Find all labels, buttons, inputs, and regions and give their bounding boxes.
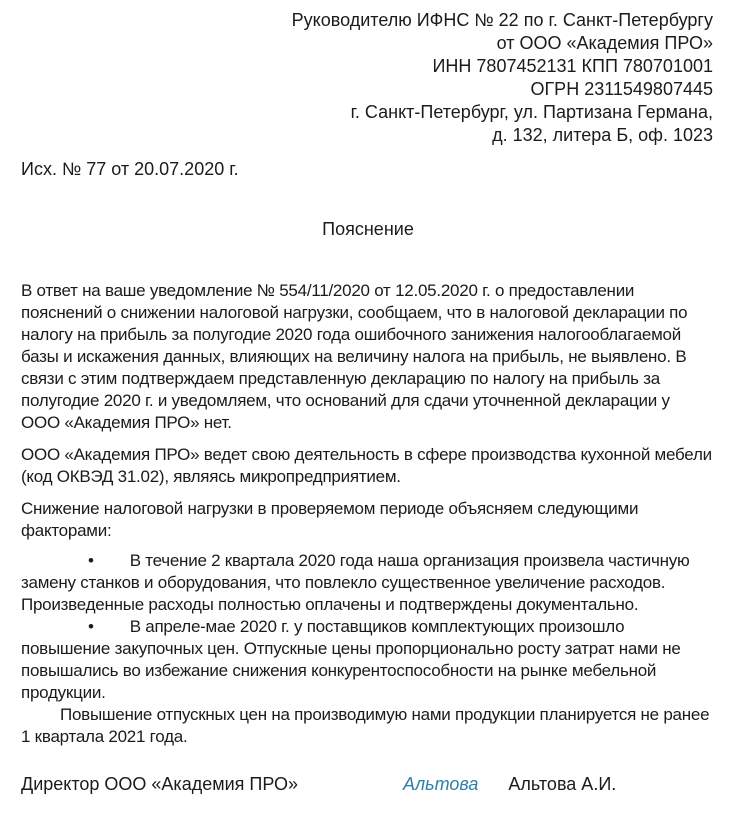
bullet-text: В апреле-мае 2020 г. у поставщиков компл…: [21, 617, 681, 702]
bullet-item-2: •В апреле-мае 2020 г. у поставщиков комп…: [21, 616, 712, 704]
document-title: Пояснение: [0, 218, 736, 241]
document-body: В ответ на ваше уведомление № 554/11/202…: [21, 280, 712, 748]
document-page: Руководителю ИФНС № 22 по г. Санкт-Петер…: [0, 0, 736, 827]
address-line-2: д. 132, литера Б, оф. 1023: [0, 124, 713, 147]
outgoing-ref: Исх. № 77 от 20.07.2020 г.: [21, 158, 736, 181]
address-line-1: г. Санкт-Петербург, ул. Партизана Герман…: [0, 101, 713, 124]
sender-line: от ООО «Академия ПРО»: [0, 32, 713, 55]
inn-kpp-line: ИНН 7807452131 КПП 780701001: [0, 55, 713, 78]
paragraph-activity: ООО «Академия ПРО» ведет свою деятельнос…: [21, 444, 712, 488]
bullet-icon: •: [88, 551, 94, 570]
signature-position: Директор ООО «Академия ПРО»: [21, 773, 298, 796]
signatory-name: Альтова А.И.: [508, 773, 616, 796]
signature-row: Директор ООО «Академия ПРО» Альтова Альт…: [21, 773, 712, 796]
paragraph-intro: В ответ на ваше уведомление № 554/11/202…: [21, 280, 712, 434]
bullet-text: В течение 2 квартала 2020 года наша орга…: [21, 551, 690, 614]
paragraph-factors: Снижение налоговой нагрузки в проверяемо…: [21, 498, 712, 542]
bullet-item-1: •В течение 2 квартала 2020 года наша орг…: [21, 550, 712, 616]
recipient-line: Руководителю ИФНС № 22 по г. Санкт-Петер…: [0, 9, 713, 32]
bullet-icon: •: [88, 617, 94, 636]
ogrn-line: ОГРН 2311549807445: [0, 78, 713, 101]
handwritten-signature: Альтова: [403, 773, 478, 796]
paragraph-closing: Повышение отпускных цен на производимую …: [21, 704, 712, 748]
recipient-block: Руководителю ИФНС № 22 по г. Санкт-Петер…: [0, 0, 713, 147]
